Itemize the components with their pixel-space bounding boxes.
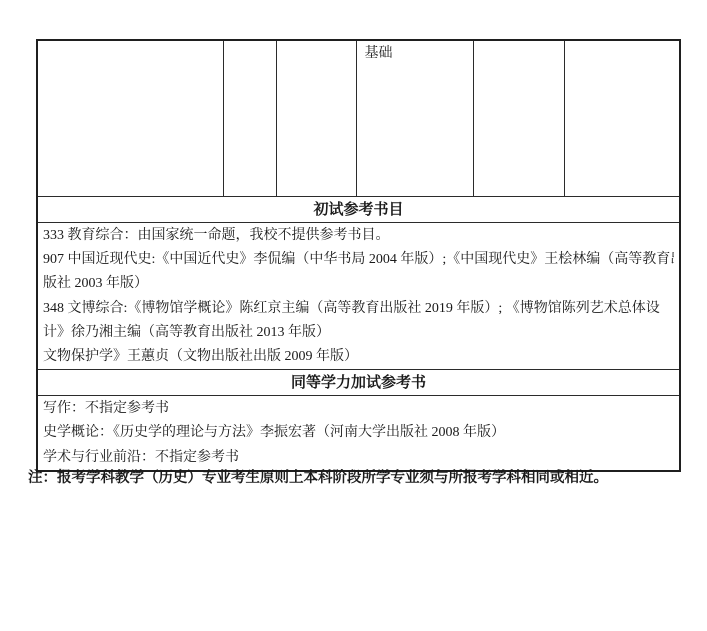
equivalent-level-content-row: 写作：不指定参考书 史学概论：《历史学的理论与方法》李振宏著（河南大学出版社 2… — [37, 396, 680, 471]
top-row-cell-6 — [564, 40, 680, 197]
table-top-row: 基础 — [37, 40, 680, 197]
bottom-note: 注：报考学科教学（历史）专业考生原则上本科阶段所学专业须与所报考学科相同或相近。 — [28, 468, 696, 488]
top-row-cell-2 — [223, 40, 276, 197]
initial-exam-content-row: 333 教育综合：由国家统一命题，我校不提供参考书目。 907 中国近现代史:《… — [37, 223, 680, 370]
document-page: 基础 初试参考书目 333 教育综合：由国家统一命题，我校不提供参考书目。 90… — [0, 0, 707, 631]
reference-line: 348 文博综合:《博物馆学概论》陈红京主编（高等教育出版社 2019 年版）;… — [43, 297, 674, 321]
reference-line: 文物保护学》王蕙贞（文物出版社出版 2009 年版） — [43, 345, 674, 369]
initial-exam-header-row: 初试参考书目 — [37, 197, 680, 223]
reference-line: 907 中国近现代史:《中国近代史》李侃编（中华书局 2004 年版）;《中国现… — [43, 248, 674, 272]
reference-line: 史学概论：《历史学的理论与方法》李振宏著（河南大学出版社 2008 年版） — [43, 421, 674, 445]
top-row-cell-5 — [473, 40, 564, 197]
top-row-cell-3 — [276, 40, 356, 197]
top-row-cell-subject-basis: 基础 — [356, 40, 473, 197]
top-row-cell-1 — [37, 40, 223, 197]
reference-line: 计》徐乃湘主编（高等教育出版社 2013 年版） — [43, 321, 674, 345]
reference-line: 333 教育综合：由国家统一命题，我校不提供参考书目。 — [43, 224, 674, 248]
equivalent-level-section-header: 同等学力加试参考书 — [37, 370, 680, 396]
reference-line: 学术与行业前沿：不指定参考书 — [43, 446, 674, 470]
equivalent-level-header-row: 同等学力加试参考书 — [37, 370, 680, 396]
reference-book-table: 基础 初试参考书目 333 教育综合：由国家统一命题，我校不提供参考书目。 90… — [36, 39, 681, 472]
reference-line: 版社 2003 年版） — [43, 272, 674, 296]
initial-exam-reference-list: 333 教育综合：由国家统一命题，我校不提供参考书目。 907 中国近现代史:《… — [37, 223, 680, 370]
equivalent-level-reference-list: 写作：不指定参考书 史学概论：《历史学的理论与方法》李振宏著（河南大学出版社 2… — [37, 396, 680, 471]
initial-exam-section-header: 初试参考书目 — [37, 197, 680, 223]
reference-line: 写作：不指定参考书 — [43, 397, 674, 421]
